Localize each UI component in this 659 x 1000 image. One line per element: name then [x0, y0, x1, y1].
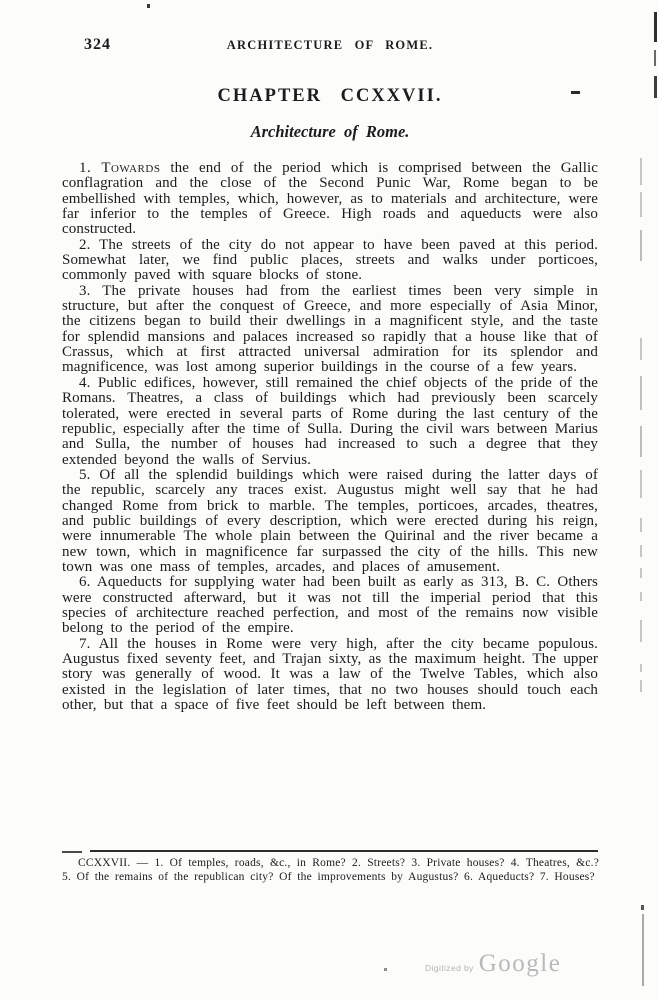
scan-artifact	[640, 376, 642, 410]
scan-artifact	[640, 470, 642, 498]
scan-artifact	[640, 158, 642, 185]
digitized-by-google-watermark: Digitized by Google	[425, 950, 561, 978]
watermark-prefix: Digitized by	[425, 955, 474, 973]
paragraph-1-lead: 1. Towards	[79, 161, 160, 176]
scan-artifact	[642, 914, 644, 986]
paragraph-1: 1. Towards the end of the period which i…	[62, 161, 598, 238]
paragraph-6: 6. Aqueducts for supplying water had bee…	[62, 575, 598, 636]
scan-artifact	[641, 905, 644, 910]
scan-artifact	[147, 4, 150, 8]
scan-artifact	[654, 12, 657, 42]
paragraph-3: 3. The private houses had from the earli…	[62, 284, 598, 376]
chapter-heading: CHAPTER CCXXVII.	[62, 86, 598, 107]
footnote-rule-dash	[62, 851, 82, 853]
body-text: 1. Towards the end of the period which i…	[62, 161, 598, 849]
page-header: 324 ARCHITECTURE OF ROME.	[62, 36, 598, 56]
paragraph-5: 5. Of all the splendid buildings which w…	[62, 468, 598, 575]
footnote: CCXXVII. — 1. Of temples, roads, &c., in…	[62, 857, 599, 885]
section-title: Architecture of Rome.	[62, 122, 598, 142]
scan-artifact	[640, 192, 642, 217]
paragraph-7: 7. All the houses in Rome were very high…	[62, 637, 598, 714]
running-head: ARCHITECTURE OF ROME.	[62, 38, 598, 53]
scan-artifact	[640, 230, 642, 261]
scan-artifact	[571, 91, 580, 94]
scan-artifact	[640, 518, 642, 532]
scan-artifact	[640, 338, 642, 360]
scan-artifact	[640, 592, 642, 601]
scan-artifact	[654, 76, 657, 98]
footnote-rule	[90, 850, 598, 852]
scan-artifact	[640, 426, 642, 457]
scan-artifact	[640, 664, 642, 672]
book-page: 324 ARCHITECTURE OF ROME. CHAPTER CCXXVI…	[0, 0, 659, 1000]
scan-artifact	[384, 968, 387, 971]
scan-artifact	[640, 545, 642, 557]
scan-artifact	[640, 568, 642, 578]
google-logo: Google	[479, 950, 562, 978]
scan-artifact	[640, 620, 642, 642]
paragraph-2: 2. The streets of the city do not appear…	[62, 238, 598, 284]
scan-artifact	[654, 50, 656, 66]
paragraph-4: 4. Public edifices, however, still remai…	[62, 376, 598, 468]
scan-artifact	[640, 680, 642, 692]
